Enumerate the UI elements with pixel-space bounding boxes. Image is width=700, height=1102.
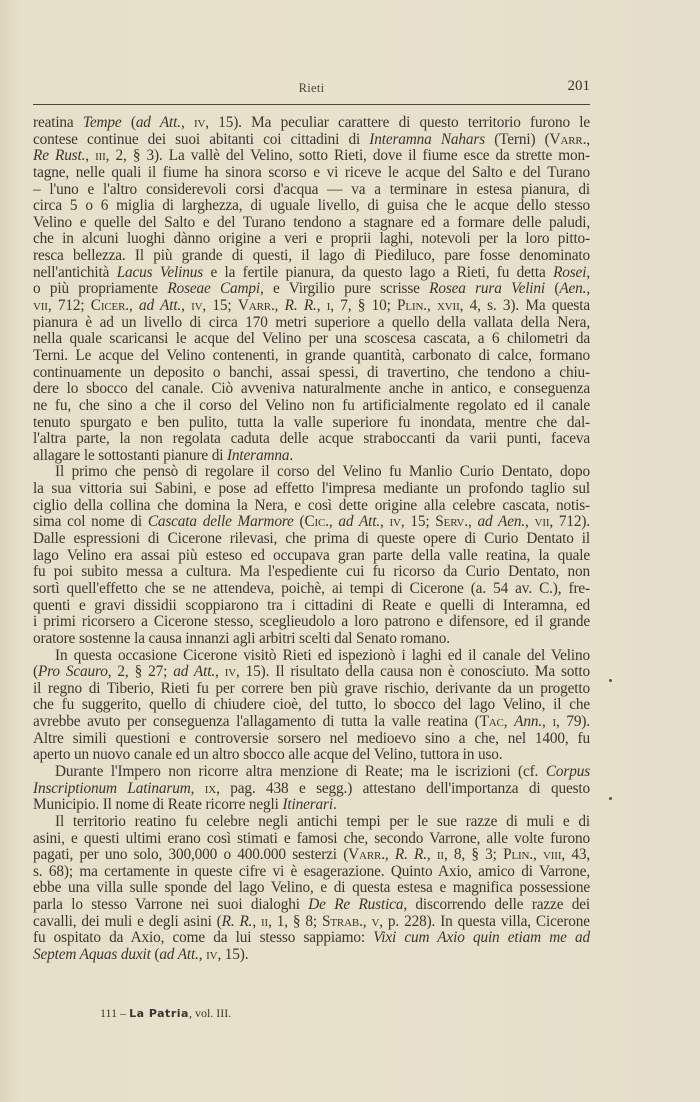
text-line: il regno di Tiberio, Rieti fu per correr… xyxy=(33,681,590,698)
margin-mark xyxy=(609,679,612,682)
italic-text: Roseae Campi xyxy=(167,280,260,297)
page-number: 201 xyxy=(568,78,591,95)
text-line: vii, 712; Cicer., ad Att., iv, 15; Varr.… xyxy=(33,298,590,315)
text-line: oratore sostenne la causa innanzi agli a… xyxy=(33,631,590,648)
printer-signature: 111 – La Patria, vol. III. xyxy=(100,1006,231,1021)
italic-text: R. R. xyxy=(395,846,427,863)
text-line: sima col nome di Cascata delle Marmore (… xyxy=(33,514,590,531)
text-line: Re Rust., iii, 2, § 3). La vallè del Vel… xyxy=(33,148,590,165)
text-line: resca bellezza. Il più grande di questi,… xyxy=(33,248,590,265)
text-line: quenti e gravi dissidii scoppiarono tra … xyxy=(33,598,590,615)
small-caps-text: Varr. xyxy=(238,297,275,314)
small-caps-text: Varr. xyxy=(550,131,587,148)
italic-text: R. R. xyxy=(285,297,317,314)
text-line: s. 68); ma certamente in queste cifre vi… xyxy=(33,864,590,881)
italic-text: Rosea rura Velini xyxy=(429,280,545,297)
text-line: dere lo sbocco del canale. Ciò avveniva … xyxy=(33,381,590,398)
italic-text: Pro Scauro xyxy=(38,663,108,680)
text-line: Velino e quelle del Salto e del Turano t… xyxy=(33,215,590,232)
text-line: circa 5 o 6 miglia di larghezza, di ugua… xyxy=(33,198,590,215)
small-caps-text: vii xyxy=(535,513,550,530)
signature-volume: , vol. III. xyxy=(189,1006,231,1020)
small-caps-text: xvii xyxy=(437,297,460,314)
small-caps-text: i xyxy=(327,297,331,314)
text-line: aperto un nuovo canale ed un altro sbocc… xyxy=(33,747,590,764)
small-caps-text: Plin. xyxy=(503,846,533,863)
small-caps-text: viii xyxy=(543,846,561,863)
running-title: Rieti xyxy=(33,81,590,96)
small-caps-text: Cic. xyxy=(304,513,328,530)
text-line: Septem Aquas duxit (ad Att., iv, 15). xyxy=(33,947,590,964)
italic-text: Ann. xyxy=(514,713,542,730)
text-line: tagne, nelle quali il fiume ha sinora sc… xyxy=(33,165,590,182)
small-caps-text: ii xyxy=(437,846,444,863)
text-line: l'altra parte, la non regolata caduta de… xyxy=(33,431,590,448)
signature-number: 111 xyxy=(100,1006,117,1020)
italic-text: Itinerari xyxy=(282,796,333,813)
text-line: parla lo stesso Varrone nei suoi dialogh… xyxy=(33,897,590,914)
small-caps-text: Plin. xyxy=(397,297,427,314)
italic-text: Rosei xyxy=(553,264,586,281)
text-line: – l'uno e l'altro considerevoli corsi d'… xyxy=(33,182,590,199)
text-line: Terni. Le acque del Velino contenenti, i… xyxy=(33,348,590,365)
italic-text: Interamna xyxy=(227,447,289,464)
text-line: Il primo che pensò di regolare il corso … xyxy=(33,464,590,481)
text-line: lago Velino era assai più esteso ed occu… xyxy=(33,548,590,565)
text-line: fu poi subito messa a cultura. Ma l'espe… xyxy=(33,564,590,581)
text-line: tenuto spurgato e ben pulito, tutta la v… xyxy=(33,415,590,432)
text-line: pianura è ad un livello di circa 170 met… xyxy=(33,315,590,332)
italic-text: ad Att. xyxy=(173,663,215,680)
italic-text: Interamna Nahars xyxy=(369,131,485,148)
text-line: o più propriamente Roseae Campi, e Virgi… xyxy=(33,281,590,298)
text-line: avrebbe avuto per conseguenza l'allagame… xyxy=(33,714,590,731)
text-line: cavalli, dei muli e degli asini (R. R., … xyxy=(33,914,590,931)
text-line: continuamente un deposito o banchi, assa… xyxy=(33,365,590,382)
text-line: In questa occasione Cicerone visitò Riet… xyxy=(33,648,590,665)
text-line: contese continue dei suoi abitanti coi c… xyxy=(33,132,590,149)
italic-text: ad Att. xyxy=(159,946,198,963)
text-line: ne fu, che sino a che il corso del Velin… xyxy=(33,398,590,415)
small-caps-text: Varr. xyxy=(348,846,385,863)
text-line: Dalle espressioni di Cicerone rilevasi, … xyxy=(33,531,590,548)
text-line: Municipio. Il nome di Reate ricorre negl… xyxy=(33,797,590,814)
italic-text: ad Aen. xyxy=(477,513,525,530)
small-caps-text: Cicer. xyxy=(91,297,129,314)
body-text: reatina Tempe (ad Att., iv, 15). Ma pecu… xyxy=(33,115,590,964)
text-line: pagati, per uno solo, 300,000 o 400.000 … xyxy=(33,847,590,864)
text-line: allagare le sottostanti pianure di Inter… xyxy=(33,448,590,465)
text-line: Durante l'Impero non ricorre altra menzi… xyxy=(33,764,590,781)
small-caps-text: iv xyxy=(194,114,205,131)
italic-text: Vixi cum Axio quin etiam me ad xyxy=(373,929,590,946)
book-page: Rieti 201 reatina Tempe (ad Att., iv, 15… xyxy=(0,0,700,1102)
text-line: fu ospitato da Axio, come da lui stesso … xyxy=(33,930,590,947)
text-line: nell'antichità Lacus Velinus e la fertil… xyxy=(33,265,590,282)
text-line: Inscriptionum Latinarum, ix, pag. 438 e … xyxy=(33,781,590,798)
small-caps-text: Serv. xyxy=(435,513,468,530)
text-line: la sua vittoria sui Sabini, e pose ad ef… xyxy=(33,481,590,498)
italic-text: Septem Aquas duxit xyxy=(33,946,151,963)
italic-text: Tempe xyxy=(83,114,122,131)
italic-text: Corpus xyxy=(546,763,590,780)
running-head: Rieti 201 xyxy=(33,76,590,100)
text-line: reatina Tempe (ad Att., iv, 15). Ma pecu… xyxy=(33,115,590,132)
italic-text: Aen. xyxy=(559,280,586,297)
small-caps-text: v xyxy=(371,913,379,930)
italic-text: ad Att. xyxy=(136,114,181,131)
text-line: ciglio della collina che domina la Nera,… xyxy=(33,498,590,515)
text-line: i primi ricorsero a Cicerone stesso, sce… xyxy=(33,614,590,631)
small-caps-text: Tac xyxy=(480,713,504,730)
small-caps-text: vii xyxy=(33,297,48,314)
small-caps-text: i xyxy=(552,713,556,730)
header-rule xyxy=(33,104,590,105)
italic-text: Re Rust. xyxy=(33,147,85,164)
margin-mark xyxy=(609,797,612,800)
text-line: nella quale scaricansi le acque del Veli… xyxy=(33,331,590,348)
text-line: Altre simili questioni e controversie so… xyxy=(33,731,590,748)
small-caps-text: Strab. xyxy=(322,913,363,930)
signature-title: La Patria xyxy=(129,1007,189,1020)
small-caps-text: iv xyxy=(225,663,236,680)
italic-text: ad Att. xyxy=(139,297,181,314)
text-line: asini, e questi ultimi erano così stimat… xyxy=(33,831,590,848)
italic-text: ad Att. xyxy=(338,513,380,530)
small-caps-text: iv xyxy=(191,297,202,314)
small-caps-text: ii xyxy=(261,913,268,930)
text-line: sortì quell'effetto che se ne attendeva,… xyxy=(33,581,590,598)
signature-dash: – xyxy=(117,1006,129,1020)
italic-text: Cascata delle Marmore xyxy=(148,513,294,530)
text-line: che fu suggerito, quello di chiudere cio… xyxy=(33,697,590,714)
small-caps-text: iii xyxy=(95,147,106,164)
italic-text: De Re Rustica xyxy=(308,896,403,913)
small-caps-text: ix xyxy=(205,780,216,797)
small-caps-text: iv xyxy=(390,513,401,530)
italic-text: R. R. xyxy=(222,913,253,930)
small-caps-text: iv xyxy=(206,946,217,963)
text-line: che in alcuni luoghi dànno origine a ver… xyxy=(33,231,590,248)
text-line: (Pro Scauro, 2, § 27; ad Att., iv, 15). … xyxy=(33,664,590,681)
text-line: Il territorio reatino fu celebre negli a… xyxy=(33,814,590,831)
text-line: ebbe una villa sulle sponde del lago Vel… xyxy=(33,880,590,897)
italic-text: Lacus Velinus xyxy=(117,264,203,281)
italic-text: Inscriptionum Latinarum xyxy=(33,780,191,797)
